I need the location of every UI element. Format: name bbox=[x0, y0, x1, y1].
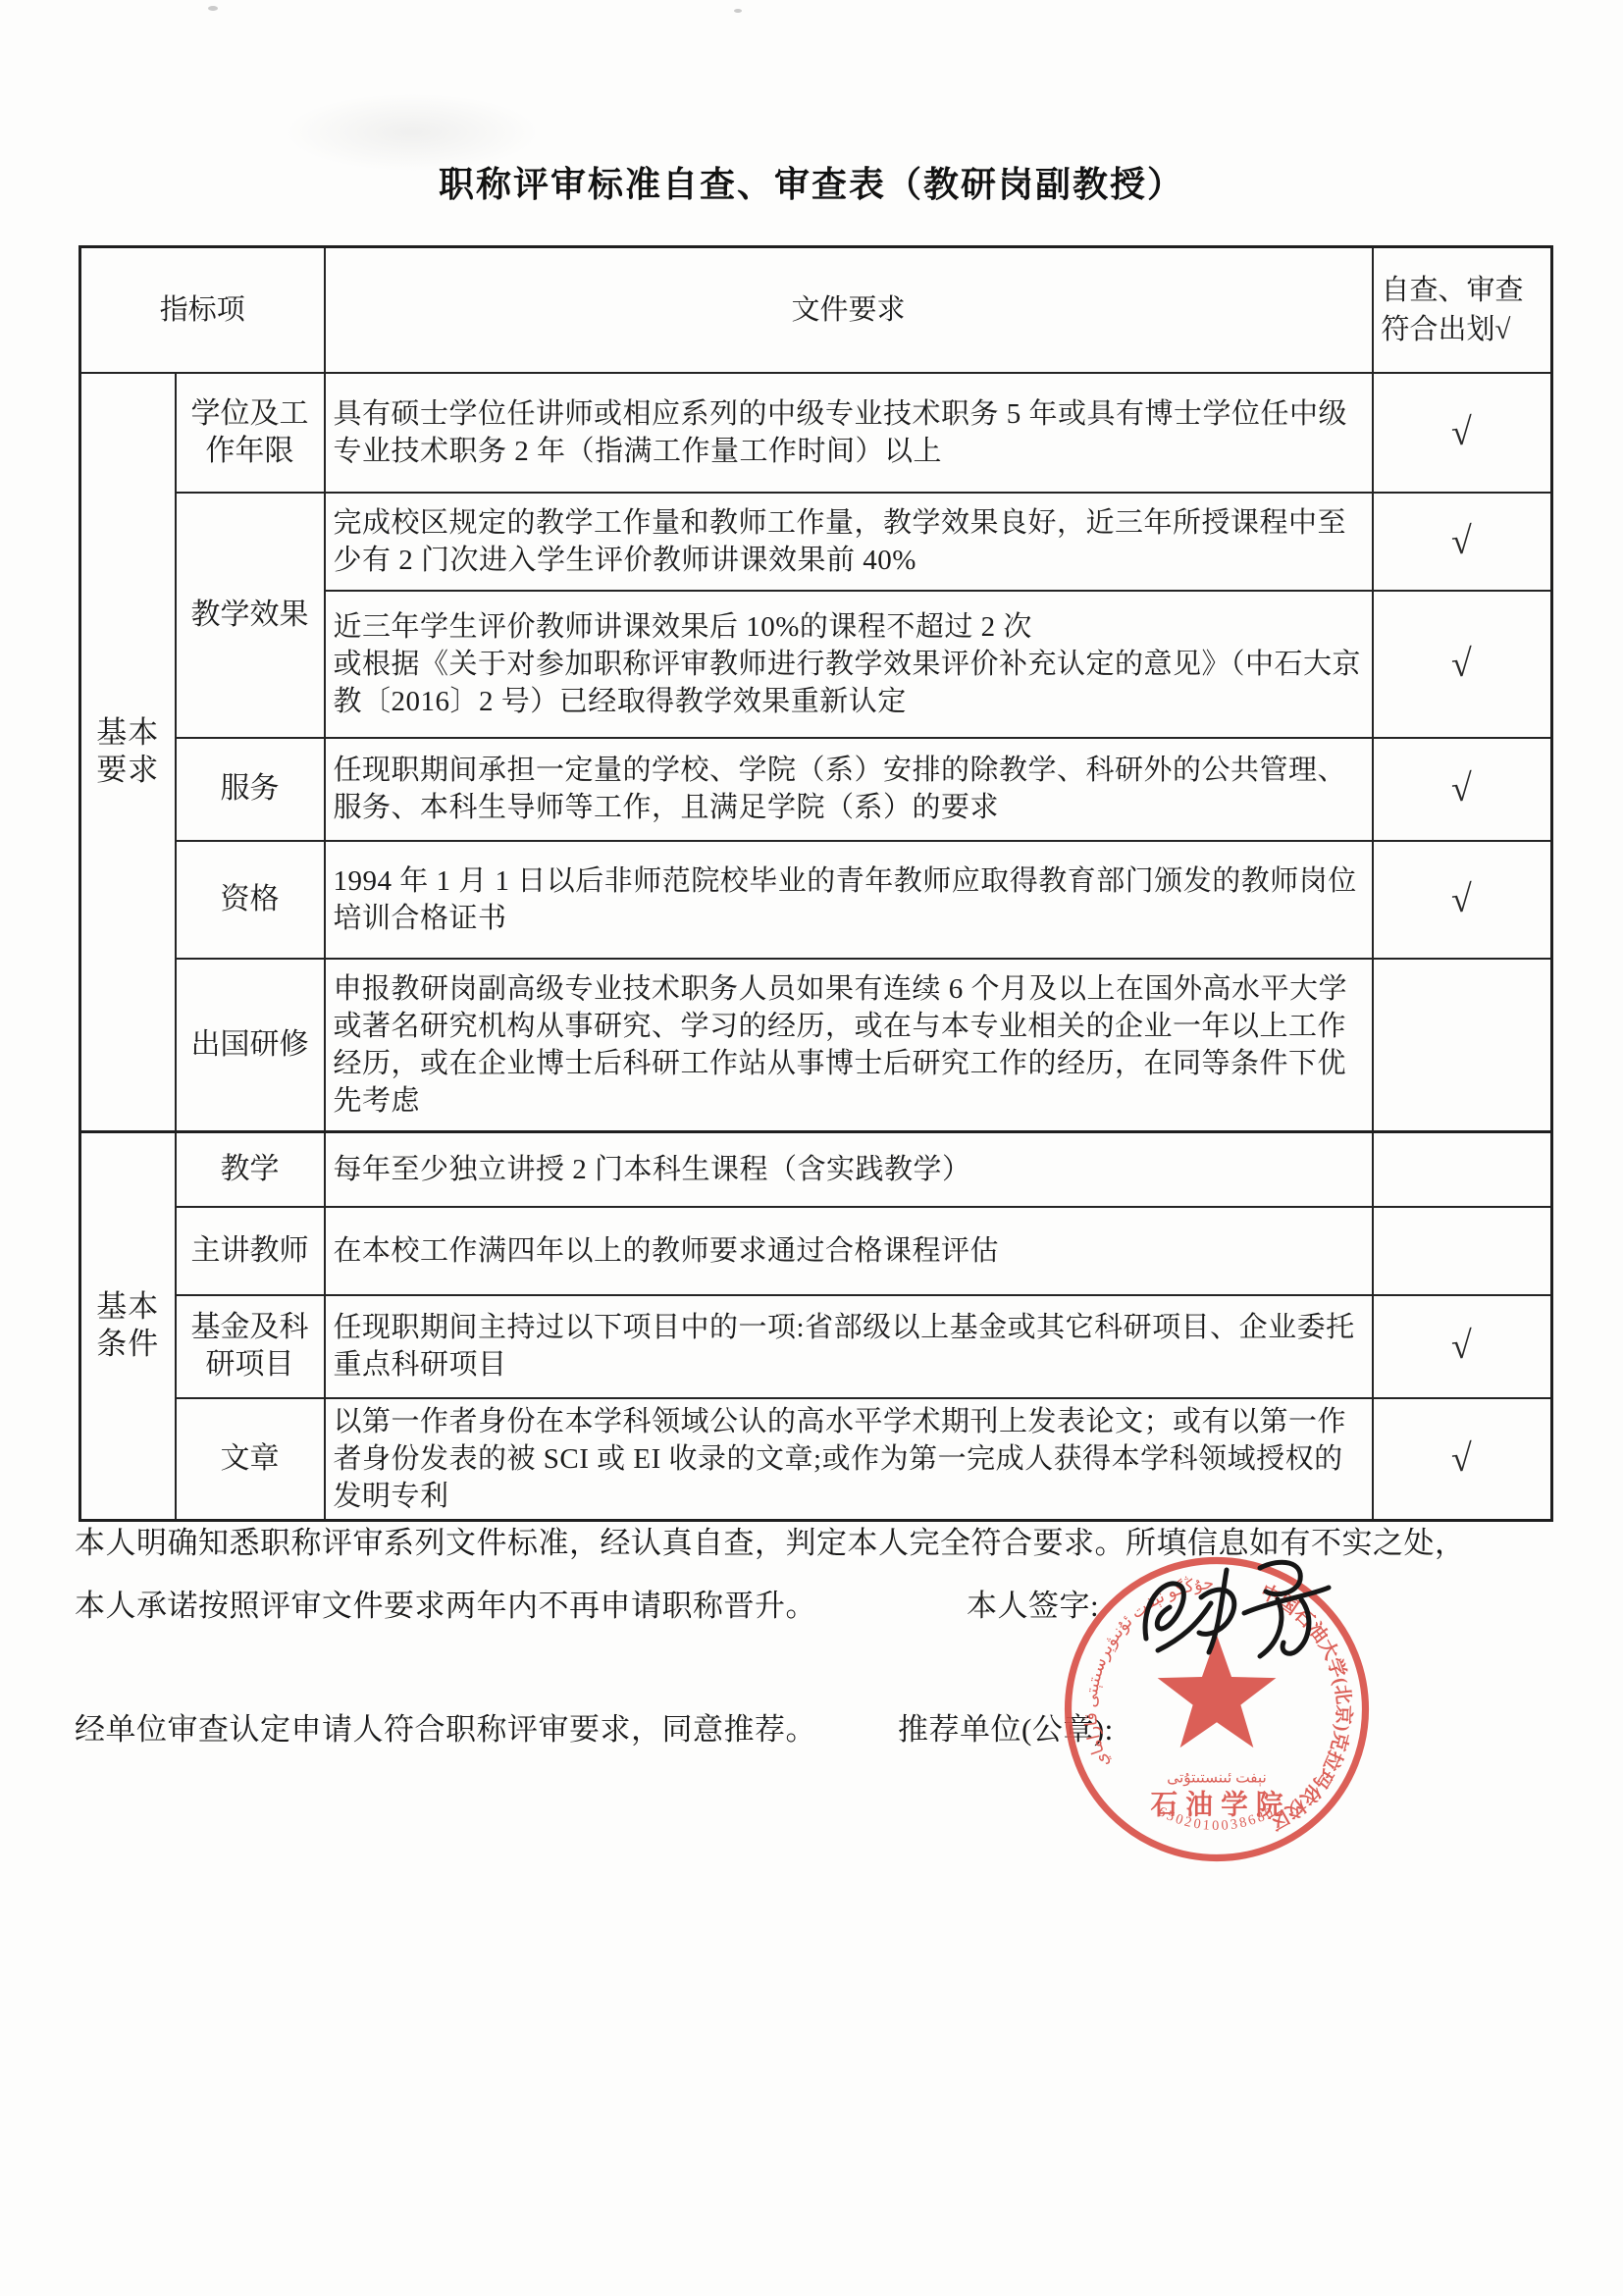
table-header-row: 指标项 文件要求 自查、审查 符合出划√ bbox=[80, 247, 1552, 373]
recommendation-text: 经单位审查认定申请人符合职称评审要求，同意推荐。 bbox=[75, 1712, 816, 1747]
check-cell: √ bbox=[1373, 591, 1552, 738]
check-cell bbox=[1373, 1132, 1552, 1207]
item-lecturer: 主讲教师 bbox=[176, 1207, 325, 1295]
check-mark: √ bbox=[1451, 412, 1472, 451]
requirement-text: 任现职期间主持过以下项目中的一项:省部级以上基金或其它科研项目、企业委托重点科研… bbox=[325, 1295, 1373, 1398]
check-mark: √ bbox=[1451, 879, 1472, 918]
check-cell: √ bbox=[1373, 1398, 1552, 1521]
item-funds-projects: 基金及科研项目 bbox=[176, 1295, 325, 1398]
item-qualification: 资格 bbox=[176, 841, 325, 959]
requirement-text: 具有硕士学位任讲师或相应系列的中级专业技术职务 5 年或具有博士学位任中级专业技… bbox=[325, 373, 1373, 493]
table-row: 服务 任现职期间承担一定量的学校、学院（系）安排的除教学、科研外的公共管理、服务… bbox=[80, 738, 1552, 841]
scanned-document-page: 职称评审标准自查、审查表（教研岗副教授） 指标项 文件要求 自查、审查 符合出划… bbox=[0, 0, 1623, 2296]
requirement-text: 以第一作者身份在本学科领域公认的高水平学术期刊上发表论文；或有以第一作者身份发表… bbox=[325, 1398, 1373, 1521]
table-row: 基本 条件 教学 每年至少独立讲授 2 门本科生课程（含实践教学） bbox=[80, 1132, 1552, 1207]
header-check: 自查、审查 符合出划√ bbox=[1373, 247, 1552, 373]
item-teaching-effect: 教学效果 bbox=[176, 493, 325, 738]
item-articles: 文章 bbox=[176, 1398, 325, 1521]
item-service: 服务 bbox=[176, 738, 325, 841]
review-table: 指标项 文件要求 自查、审查 符合出划√ 基本 要求 学位及工作年限 具有硕士学… bbox=[79, 245, 1553, 1522]
table-row: 基金及科研项目 任现职期间主持过以下项目中的一项:省部级以上基金或其它科研项目、… bbox=[80, 1295, 1552, 1398]
header-requirement: 文件要求 bbox=[325, 247, 1373, 373]
page-title: 职称评审标准自查、审查表（教研岗副教授） bbox=[0, 157, 1623, 207]
check-cell: √ bbox=[1373, 738, 1552, 841]
requirement-text: 近三年学生评价教师讲课效果后 10%的课程不超过 2 次 或根据《关于对参加职称… bbox=[325, 591, 1373, 738]
requirement-text: 1994 年 1 月 1 日以后非师范院校毕业的青年教师应取得教育部门颁发的教师… bbox=[325, 841, 1373, 959]
check-mark: √ bbox=[1451, 1438, 1472, 1478]
check-cell: √ bbox=[1373, 841, 1552, 959]
table-row: 基本 要求 学位及工作年限 具有硕士学位任讲师或相应系列的中级专业技术职务 5 … bbox=[80, 373, 1552, 493]
table-row: 教学效果 完成校区规定的教学工作量和教师工作量，教学效果良好，近三年所授课程中至… bbox=[80, 493, 1552, 591]
header-indicator: 指标项 bbox=[80, 247, 325, 373]
check-cell: √ bbox=[1373, 493, 1552, 591]
item-overseas-study: 出国研修 bbox=[176, 959, 325, 1132]
table-row: 资格 1994 年 1 月 1 日以后非师范院校毕业的青年教师应取得教育部门颁发… bbox=[80, 841, 1552, 959]
group-label-basic-requirements: 基本 要求 bbox=[80, 373, 176, 1132]
check-cell bbox=[1373, 959, 1552, 1132]
requirement-text: 申报教研岗副高级专业技术职务人员如果有连续 6 个月及以上在国外高水平大学或著名… bbox=[325, 959, 1373, 1132]
requirement-text: 完成校区规定的教学工作量和教师工作量，教学效果良好，近三年所授课程中至少有 2 … bbox=[325, 493, 1373, 591]
scan-speck bbox=[734, 9, 742, 13]
requirement-text: 每年至少独立讲授 2 门本科生课程（含实践教学） bbox=[325, 1132, 1373, 1207]
check-cell: √ bbox=[1373, 1295, 1552, 1398]
requirement-text: 任现职期间承担一定量的学校、学院（系）安排的除教学、科研外的公共管理、服务、本科… bbox=[325, 738, 1373, 841]
check-mark: √ bbox=[1451, 521, 1472, 560]
scan-speck bbox=[208, 6, 218, 11]
table-row: 主讲教师 在本校工作满四年以上的教师要求通过合格课程评估 bbox=[80, 1207, 1552, 1295]
table-row: 文章 以第一作者身份在本学科领域公认的高水平学术期刊上发表论文；或有以第一作者身… bbox=[80, 1398, 1552, 1521]
item-teaching: 教学 bbox=[176, 1132, 325, 1207]
check-cell bbox=[1373, 1207, 1552, 1295]
handwritten-signature bbox=[1125, 1542, 1360, 1690]
check-mark: √ bbox=[1451, 1327, 1472, 1366]
check-mark: √ bbox=[1451, 769, 1472, 809]
group-label-basic-conditions: 基本 条件 bbox=[80, 1132, 176, 1521]
check-cell: √ bbox=[1373, 373, 1552, 493]
table-row: 出国研修 申报教研岗副高级专业技术职务人员如果有连续 6 个月及以上在国外高水平… bbox=[80, 959, 1552, 1132]
requirement-text: 在本校工作满四年以上的教师要求通过合格课程评估 bbox=[325, 1207, 1373, 1295]
seal-inner-uyghur-text: نېفت ئىنستىتۇتى bbox=[1167, 1770, 1267, 1787]
check-mark: √ bbox=[1451, 644, 1472, 683]
declaration-promise: 本人承诺按照评审文件要求两年内不再申请职称晋升。 bbox=[75, 1589, 816, 1623]
item-degree-years: 学位及工作年限 bbox=[176, 373, 325, 493]
